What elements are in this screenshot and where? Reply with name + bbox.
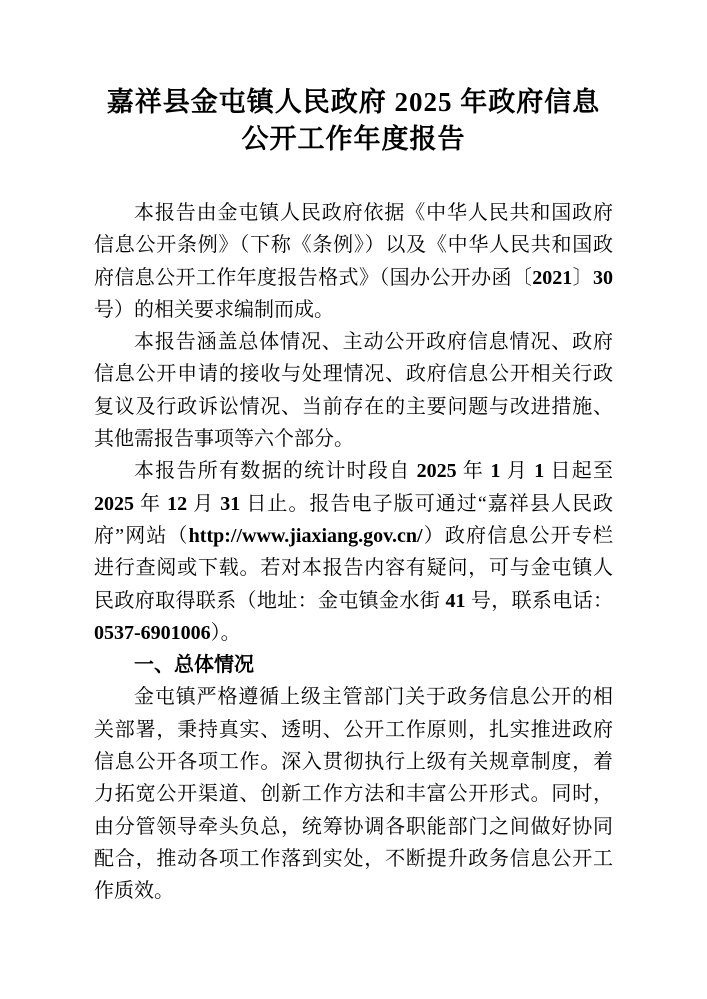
bold-text-run: 31 (220, 493, 240, 515)
text-run: 月 (187, 493, 220, 515)
text-run: 日起至 (544, 460, 613, 482)
bold-text-run: 1 (490, 460, 500, 482)
text-run: 号）的相关要求编制而成。 (94, 299, 334, 321)
text-run: 号，联系电话： (465, 590, 613, 612)
report-page: 嘉祥县金屯镇人民政府 2025 年政府信息 公开工作年度报告 本报告由金屯镇人民… (0, 0, 707, 999)
bold-text-run: 2025 (417, 460, 457, 482)
bold-text-run: 30 (593, 267, 613, 289)
text-run: 〕 (572, 267, 593, 289)
report-title-line2: 公开工作年度报告 (0, 121, 707, 158)
paragraph-report-basis: 本报告由金屯镇人民政府依据《中华人民共和国政府信息公开条例》（下称《条例》）以及… (94, 197, 613, 326)
report-body: 本报告由金屯镇人民政府依据《中华人民共和国政府信息公开条例》（下称《条例》）以及… (94, 197, 613, 908)
bold-text-run: 2025 (94, 493, 134, 515)
bold-text-run: 0537-6901006 (94, 622, 211, 644)
text-run: 本报告涵盖总体情况、主动公开政府信息情况、政府信息公开申请的接收与处理情况、政府… (94, 331, 613, 450)
bold-text-run: 41 (445, 590, 465, 612)
paragraph-statistics-period-contact: 本报告所有数据的统计时段自 2025 年 1 月 1 日起至 2025 年 12… (94, 455, 613, 649)
section-1-heading: 一、总体情况 (94, 649, 613, 681)
text-run: 年 (457, 460, 491, 482)
paragraph-report-scope: 本报告涵盖总体情况、主动公开政府信息情况、政府信息公开申请的接收与处理情况、政府… (94, 326, 613, 455)
report-title: 嘉祥县金屯镇人民政府 2025 年政府信息 公开工作年度报告 (0, 84, 707, 158)
bold-text-run: 1 (534, 460, 544, 482)
text-run: ）。 (211, 622, 241, 644)
bold-text-run: http://www.jiaxiang.gov.cn/ (189, 525, 423, 547)
text-run: 年 (134, 493, 167, 515)
bold-text-run: 2021 (532, 267, 572, 289)
report-title-line1: 嘉祥县金屯镇人民政府 2025 年政府信息 (0, 84, 707, 121)
text-run: 金屯镇严格遵循上级主管部门关于政务信息公开的相关部署，秉持真实、透明、公开工作原… (94, 686, 613, 902)
bold-text-run: 12 (167, 493, 187, 515)
text-run: 月 (500, 460, 534, 482)
text-run: 本报告所有数据的统计时段自 (134, 460, 417, 482)
paragraph-overall-situation: 金屯镇严格遵循上级主管部门关于政务信息公开的相关部署，秉持真实、透明、公开工作原… (94, 681, 613, 907)
